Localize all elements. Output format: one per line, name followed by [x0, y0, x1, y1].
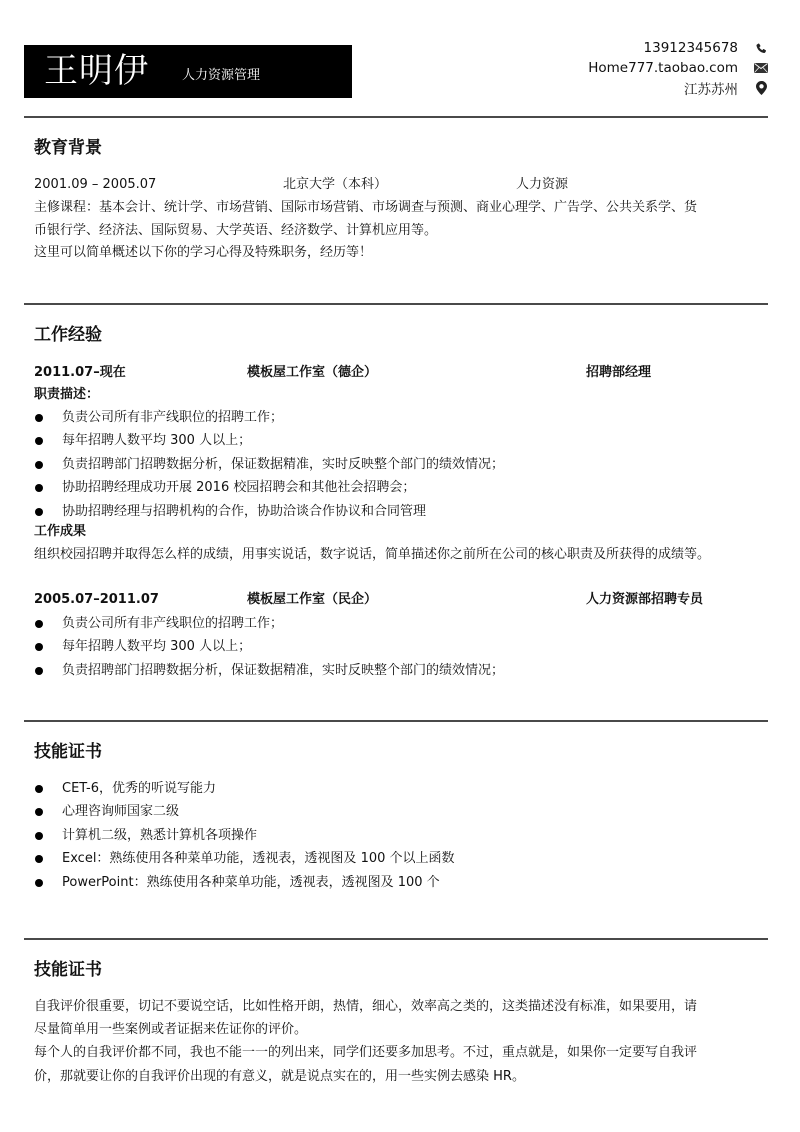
- contact-phone: 13912345678: [468, 38, 768, 58]
- job-1-results-label: 工作成果: [34, 521, 86, 543]
- skills-divider: [24, 938, 768, 940]
- self-evaluation-title: 技能证书: [34, 958, 102, 982]
- work-title: 工作经验: [34, 323, 102, 347]
- list-item: 心理咨询师国家二级: [34, 800, 455, 823]
- list-item: CET-6，优秀的听说写能力: [34, 777, 455, 800]
- education-divider: [24, 303, 768, 305]
- job-2-period: 2005.07–2011.07: [34, 589, 159, 611]
- education-school: 北京大学（本科）: [283, 174, 387, 196]
- job-2-position: 人力资源部招聘专员: [586, 589, 703, 611]
- list-item: 负责公司所有非产线职位的招聘工作；: [34, 406, 504, 429]
- phone-number: 13912345678: [644, 40, 738, 56]
- list-item: 负责公司所有非产线职位的招聘工作；: [34, 612, 504, 635]
- list-item: PowerPoint：熟练使用各种菜单功能，透视表，透视图及 100 个: [34, 871, 455, 894]
- bullet-icon: [35, 667, 43, 675]
- list-item: 协助招聘经理与招聘机构的合作，协助洽谈合作协议和合同管理: [34, 500, 504, 523]
- contact-website: Home777.taobao.com: [468, 58, 768, 78]
- job-1-results: 组织校园招聘并取得怎么样的成绩，用事实说话，数字说话，简单描述你之前所在公司的核…: [34, 544, 710, 566]
- job-2-company: 模板屋工作室（民企）: [247, 589, 377, 611]
- education-courses-line2: 币银行学、经济法、国际贸易、大学英语、经济数学、计算机应用等。: [34, 220, 437, 242]
- job-1-period: 2011.07–现在: [34, 362, 126, 384]
- contact-location: 江苏苏州: [468, 78, 768, 98]
- candidate-role: 人力资源管理: [182, 67, 260, 85]
- skills-list: CET-6，优秀的听说写能力 心理咨询师国家二级 计算机二级，熟悉计算机各项操作…: [34, 777, 455, 894]
- website-url[interactable]: Home777.taobao.com: [588, 60, 738, 76]
- education-major: 人力资源: [516, 174, 568, 196]
- bullet-icon: [35, 620, 43, 628]
- candidate-name: 王明伊: [44, 49, 149, 93]
- self-evaluation-line-4: 价，那就要让你的自我评价出现的有意义，就是说点实在的，用一些实例去感染 HR。: [34, 1066, 525, 1088]
- education-title: 教育背景: [34, 136, 102, 160]
- phone-icon: [754, 41, 768, 55]
- location-pin-icon: [754, 81, 768, 95]
- bullet-icon: [35, 808, 43, 816]
- self-evaluation-line-2: 尽量简单用一些案例或者证据来佐证你的评价。: [34, 1019, 307, 1041]
- job-2-duties-list: 负责公司所有非产线职位的招聘工作； 每年招聘人数平均 300 人以上； 负责招聘…: [34, 612, 504, 682]
- bullet-icon: [35, 437, 43, 445]
- header-divider: [24, 116, 768, 118]
- bullet-icon: [35, 832, 43, 840]
- bullet-icon: [35, 484, 43, 492]
- job-1-duties-label: 职责描述：: [34, 384, 99, 406]
- name-banner: 王明伊 人力资源管理: [24, 45, 352, 98]
- location-text: 江苏苏州: [684, 78, 738, 98]
- bullet-icon: [35, 414, 43, 422]
- job-1-company: 模板屋工作室（德企）: [247, 362, 377, 384]
- bullet-icon: [35, 508, 43, 516]
- bullet-icon: [35, 879, 43, 887]
- work-divider: [24, 720, 768, 722]
- education-courses-line1: 主修课程：基本会计、统计学、市场营销、国际市场营销、市场调查与预测、商业心理学、…: [34, 197, 697, 219]
- job-1-position: 招聘部经理: [586, 362, 651, 384]
- list-item: 负责招聘部门招聘数据分析，保证数据精准，实时反映整个部门的绩效情况；: [34, 659, 504, 682]
- list-item: 每年招聘人数平均 300 人以上；: [34, 635, 504, 658]
- education-period: 2001.09 – 2005.07: [34, 174, 156, 196]
- bullet-icon: [35, 461, 43, 469]
- bullet-icon: [35, 785, 43, 793]
- bullet-icon: [35, 855, 43, 863]
- job-1-duties-list: 负责公司所有非产线职位的招聘工作； 每年招聘人数平均 300 人以上； 负责招聘…: [34, 406, 504, 523]
- mail-icon: [754, 61, 768, 75]
- bullet-icon: [35, 643, 43, 651]
- list-item: 协助招聘经理成功开展 2016 校园招聘会和其他社会招聘会；: [34, 476, 504, 499]
- contact-block: 13912345678 Home777.taobao.com 江苏苏州: [468, 38, 768, 98]
- skills-title: 技能证书: [34, 740, 102, 764]
- self-evaluation-line-3: 每个人的自我评价都不同，我也不能一一的列出来，同学们还要多加思考。不过，重点就是…: [34, 1042, 697, 1064]
- education-note: 这里可以简单概述以下你的学习心得及特殊职务，经历等！: [34, 242, 372, 264]
- list-item: 负责招聘部门招聘数据分析，保证数据精准，实时反映整个部门的绩效情况；: [34, 453, 504, 476]
- self-evaluation-line-1: 自我评价很重要，切记不要说空话，比如性格开朗，热情，细心，效率高之类的，这类描述…: [34, 996, 697, 1018]
- list-item: 计算机二级，熟悉计算机各项操作: [34, 824, 455, 847]
- list-item: Excel：熟练使用各种菜单功能，透视表，透视图及 100 个以上函数: [34, 847, 455, 870]
- list-item: 每年招聘人数平均 300 人以上；: [34, 429, 504, 452]
